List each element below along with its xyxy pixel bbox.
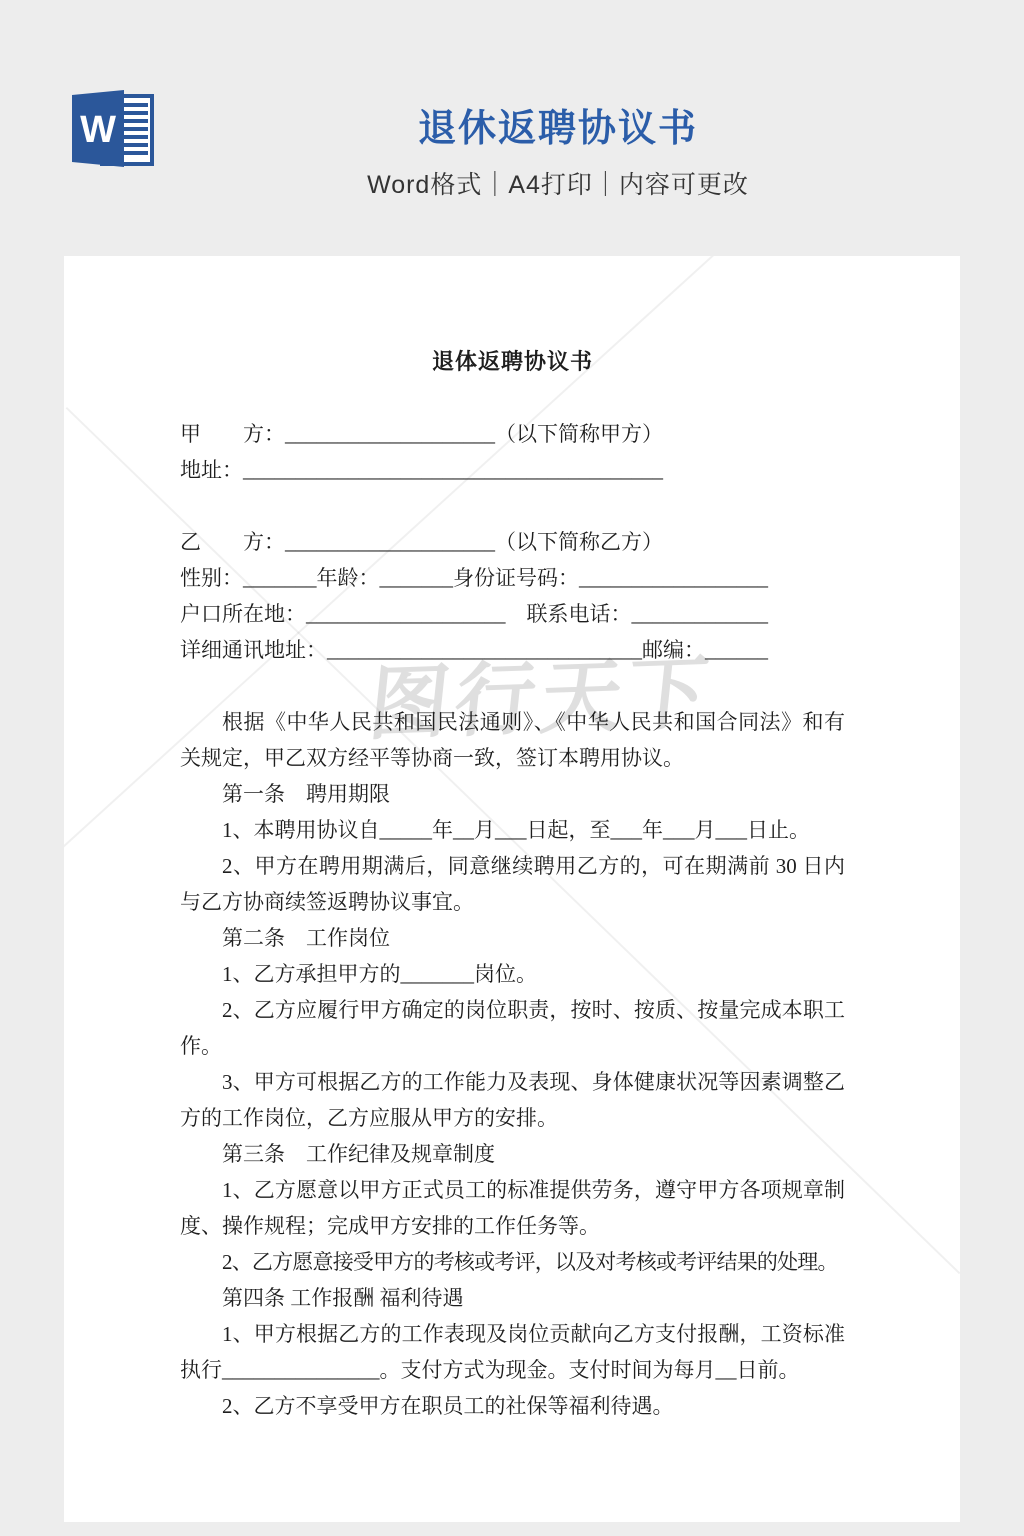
header-text: 退休返聘协议书 Word格式｜A4打印｜内容可更改: [0, 97, 1024, 201]
screenshot-root: W 退休返聘协议书 Word格式｜A4打印｜内容可更改 图行天下 退体返聘协议书…: [0, 0, 1024, 1536]
document-paragraph: 1、乙方承担甲方的_______岗位。: [180, 956, 845, 992]
document-paragraph: 第四条 工作报酬 福利待遇: [180, 1280, 845, 1316]
document-paragraph: 1、本聘用协议自_____年__月___日起，至___年___月___日止。: [180, 812, 845, 848]
document-paragraph: 详细通讯地址：______________________________邮编：…: [180, 632, 845, 668]
document-paragraph: 甲 方：____________________（以下简称甲方）: [180, 416, 845, 452]
document-paragraph: 户口所在地：___________________ 联系电话：_________…: [180, 596, 845, 632]
page-title: 退休返聘协议书: [92, 97, 1024, 152]
document-paragraph: 1、乙方愿意以甲方正式员工的标准提供劳务，遵守甲方各项规章制度、操作规程；完成甲…: [180, 1172, 845, 1244]
header: W 退休返聘协议书 Word格式｜A4打印｜内容可更改: [0, 0, 1024, 256]
document-paragraph: 性别：_______年龄：_______身份证号码：______________…: [180, 560, 845, 596]
document-paragraph: 第一条 聘用期限: [180, 776, 845, 812]
document-paragraph: 根据《中华人民共和国民法通则》、《中华人民共和国合同法》和有关规定，甲乙双方经平…: [180, 704, 845, 776]
page-subtitle: Word格式｜A4打印｜内容可更改: [92, 165, 1024, 201]
document-paragraph: 2、乙方愿意接受甲方的考核或考评，以及对考核或考评结果的处理。: [180, 1244, 845, 1280]
document-paragraph: 1、甲方根据乙方的工作表现及岗位贡献向乙方支付报酬，工资标准执行________…: [180, 1316, 845, 1388]
document-paragraph: 地址：_____________________________________…: [180, 452, 845, 488]
document-page: 图行天下 退体返聘协议书 甲 方：____________________（以下…: [64, 256, 960, 1522]
document-paragraph: 2、乙方应履行甲方确定的岗位职责，按时、按质、按量完成本职工作。: [180, 992, 845, 1064]
document-body: 甲 方：____________________（以下简称甲方）地址：_____…: [180, 416, 845, 1424]
document-paragraph: 2、甲方在聘用期满后，同意继续聘用乙方的，可在期满前 30 日内与乙方协商续签返…: [180, 848, 845, 920]
document-content: 退体返聘协议书 甲 方：____________________（以下简称甲方）…: [64, 256, 960, 1424]
document-title: 退体返聘协议书: [180, 344, 845, 380]
document-paragraph: 乙 方：____________________（以下简称乙方）: [180, 524, 845, 560]
document-paragraph: 2、乙方不享受甲方在职员工的社保等福利待遇。: [180, 1388, 845, 1424]
document-paragraph: 3、甲方可根据乙方的工作能力及表现、身体健康状况等因素调整乙方的工作岗位，乙方应…: [180, 1064, 845, 1136]
document-paragraph: 第二条 工作岗位: [180, 920, 845, 956]
document-paragraph: 第三条 工作纪律及规章制度: [180, 1136, 845, 1172]
